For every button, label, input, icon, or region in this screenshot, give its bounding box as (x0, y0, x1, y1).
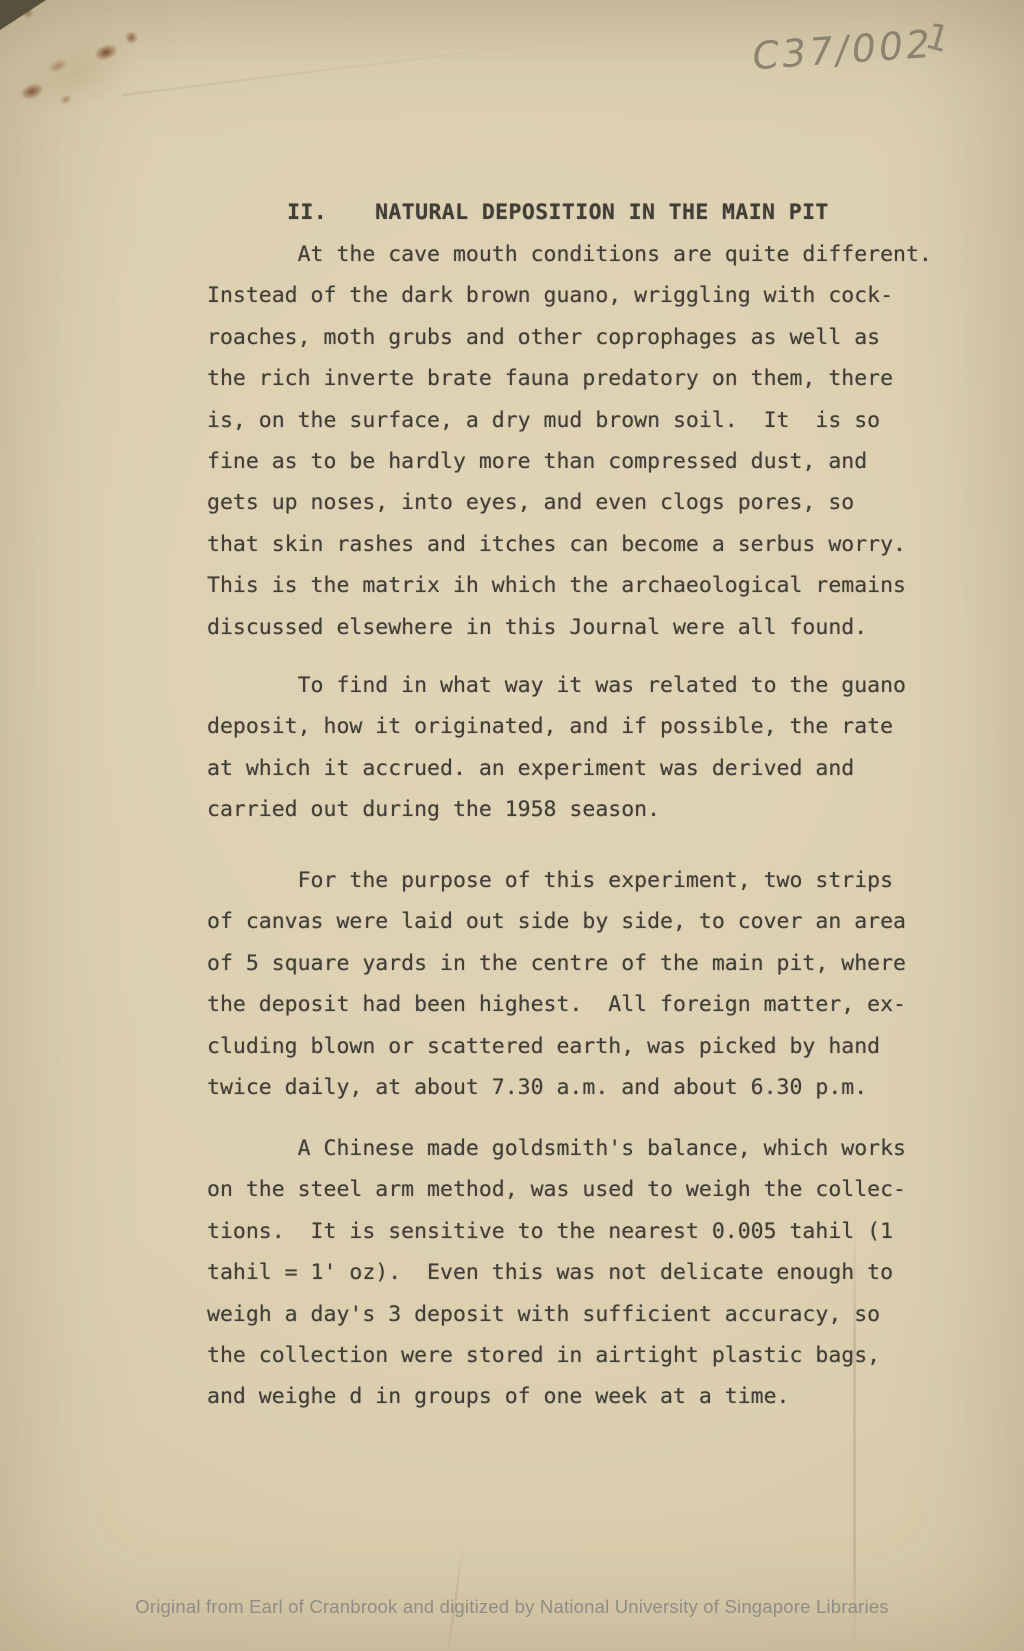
text-line: cluding blown or scattered earth, was pi… (207, 1026, 927, 1067)
paragraph: A Chinese made goldsmith's balance, whic… (207, 1128, 927, 1418)
stain (125, 31, 138, 44)
text-line: at which it accrued. an experiment was d… (207, 748, 927, 789)
text-line: gets up noses, into eyes, and even clogs… (207, 482, 927, 523)
text-line: Instead of the dark brown guano, wriggli… (207, 275, 927, 316)
text-line: tahil = 1' oz). Even this was not delica… (207, 1252, 927, 1293)
stain (0, 11, 157, 134)
text-line: A Chinese made goldsmith's balance, whic… (207, 1128, 927, 1169)
stain (22, 6, 33, 19)
section-title: NATURAL DEPOSITION IN THE MAIN PIT (375, 200, 829, 225)
text-line: At the cave mouth conditions are quite d… (207, 234, 927, 275)
text-line: tions. It is sensitive to the nearest 0.… (207, 1211, 927, 1252)
section-heading: II.NATURAL DEPOSITION IN THE MAIN PIT (207, 151, 927, 192)
text-line: This is the matrix ih which the archaeol… (207, 565, 927, 606)
text-line: the collection were stored in airtight p… (207, 1335, 927, 1376)
handwritten-catalog-code: C37/002 (750, 21, 935, 78)
text-line: of 5 square yards in the centre of the m… (207, 943, 927, 984)
text-line: weigh a day's 3 deposit with sufficient … (207, 1294, 927, 1335)
paragraph: To find in what way it was related to th… (207, 665, 927, 831)
text-line: and weighe d in groups of one week at a … (207, 1376, 927, 1417)
text-line: twice daily, at about 7.30 a.m. and abou… (207, 1067, 927, 1108)
text-line: that skin rashes and itches can become a… (207, 524, 927, 565)
text-line: deposit, how it originated, and if possi… (207, 706, 927, 747)
scanned-document-page: C37/002 1 II.NATURAL DEPOSITION IN THE M… (0, 0, 1024, 1651)
text-line: roaches, moth grubs and other coprophage… (207, 317, 927, 358)
paragraph: For the purpose of this experiment, two … (207, 860, 927, 1108)
text-line: on the steel arm method, was used to wei… (207, 1169, 927, 1210)
text-line: discussed elsewhere in this Journal were… (207, 607, 927, 648)
text-line: carried out during the 1958 season. (207, 789, 927, 830)
section-number: II. (287, 192, 375, 233)
text-line: the rich inverte brate fauna predatory o… (207, 358, 927, 399)
paper-crease (122, 26, 678, 96)
text-line: is, on the surface, a dry mud brown soil… (207, 400, 927, 441)
text-line: the deposit had been highest. All foreig… (207, 984, 927, 1025)
digitization-credit: Original from Earl of Cranbrook and digi… (0, 1596, 1024, 1618)
text-line: fine as to be hardly more than compresse… (207, 441, 927, 482)
text-line: of canvas were laid out side by side, to… (207, 901, 927, 942)
paragraph: At the cave mouth conditions are quite d… (207, 234, 927, 648)
text-line: For the purpose of this experiment, two … (207, 860, 927, 901)
text-line: To find in what way it was related to th… (207, 665, 927, 706)
